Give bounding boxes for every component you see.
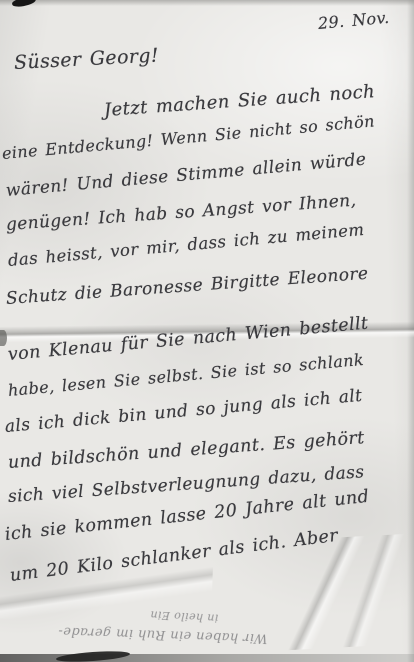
letter-salutation: Süsser Georg!: [13, 44, 159, 74]
letter-line: Schutz die Baronesse Birgitte Eleonore: [5, 264, 369, 309]
letter-page: 29. Nov. Süsser Georg! Jetzt machen Sie …: [0, 0, 414, 662]
scan-edge-shadow-bottom: [0, 654, 414, 662]
scan-edge-shadow-top: [0, 0, 414, 6]
letter-date: 29. Nov.: [317, 8, 390, 33]
paper-nick-left: [0, 330, 7, 346]
